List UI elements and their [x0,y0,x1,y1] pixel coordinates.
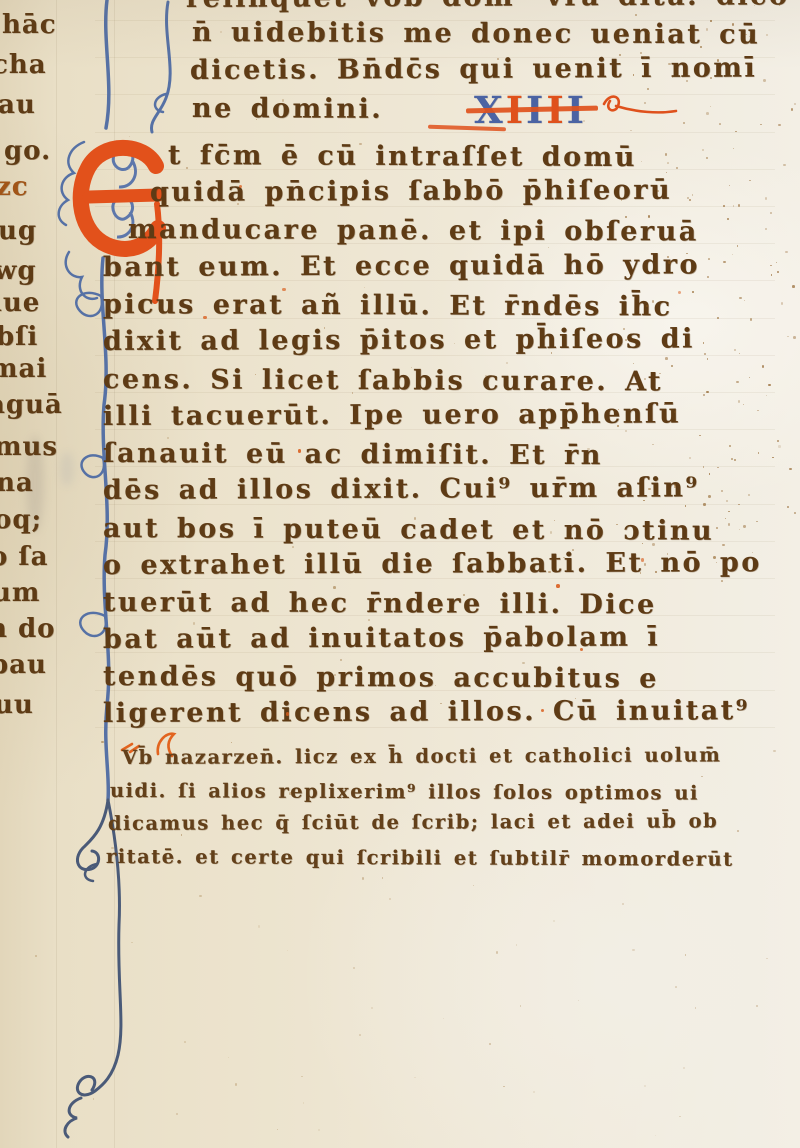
text-line: ligerent dicens ad illos. Cū inuitat⁹ [103,695,750,729]
ruling-line-horizontal [95,132,775,133]
margin-fragment: bſi [0,322,38,352]
text-line: dēs ad illos dixit. Cui⁹ ur̄m aſin⁹ [103,472,700,506]
gloss-line: uidi. ſi alios replixerim⁹ illos ſolos o… [110,779,699,805]
text-line: ſanauit eū ac dimiſit. Et r̄n [103,438,603,471]
margin-fragment: au [0,90,36,120]
margin-fragment: mus [0,432,58,462]
margin-fragment: iue [0,288,40,318]
text-line: bant eum. Et ecce quidā hō ydro [103,249,700,283]
text-line: tendēs quō primos accubitus e [103,661,659,694]
margin-fragment: hāc [2,10,57,40]
text-line: o extrahet illū die ſabbati. Et nō po [103,547,762,581]
text-line: tuerūt ad hec r̄ndere illi. Dice [103,587,657,620]
gloss-line: Vb̄ nazarzen̄. licz ex h̄ docti et catho… [122,743,721,769]
text-line: manducare panē. et ipi obſeruā [128,214,699,247]
text-line: ne domini. [192,93,383,125]
margin-fragment: uu [0,690,34,720]
gloss-line: dicamus hec q̄ ſciūt de ſcrib; laci et a… [108,809,718,835]
text-line: illi tacuerūt. Ipe uero app̄henſū [103,398,681,432]
gloss-line: ritatē. et certe qui ſcribili et ſubtilr… [106,845,734,871]
margin-fragment: wg [0,256,37,286]
text-line: picus erat añ illū. Et r̄ndēs ih̄c [103,289,673,322]
margin-fragment: aguā [0,390,63,420]
text-line: dicetis. Bn̄dc̄s qui uenit ī nomī [190,53,757,86]
text-line: bat aūt ad inuitatos p̄abolam ī [103,622,660,655]
margin-fragment: na [0,468,34,498]
manuscript-page: hāc cha au go. zc ug wg iue bſi mai aguā… [0,0,800,1148]
margin-fragment: o ſa [0,542,48,572]
parchment-smudge [60,452,74,486]
text-line: n̄ uidebitis me donec ueniat cū [192,17,760,50]
ruling-line-vertical [56,0,57,1148]
margin-fragment: cha [0,50,47,80]
margin-fragment: mai [0,354,47,384]
margin-fragment: um [0,578,40,608]
margin-fragment: oq; [0,505,42,535]
text-line: dixit ad legis p̄itos et ph̄iſeos di [103,323,695,357]
margin-fragment: pau [0,650,47,680]
margin-fragment: ug [0,216,37,246]
text-line: cens. Si licet ſabbis curare. At [103,364,663,397]
text-line-partial: relinquet vob̄ dom⁹ vr̄a dīta. dico aūt … [186,0,800,14]
chapter-numeral-xiiii: XIIII [474,88,587,136]
text-line: t fc̄m ē cū intraſſet domū [168,140,637,173]
margin-fragment: zc [0,172,29,202]
margin-fragment: n do [0,614,55,644]
text-line: aut bos ī puteū cadet et nō ɔtinu [103,513,714,547]
text-line: quidā pn̄cipis ſabbō p̄hiſeorū [150,175,672,208]
margin-fragment: go. [4,136,51,166]
